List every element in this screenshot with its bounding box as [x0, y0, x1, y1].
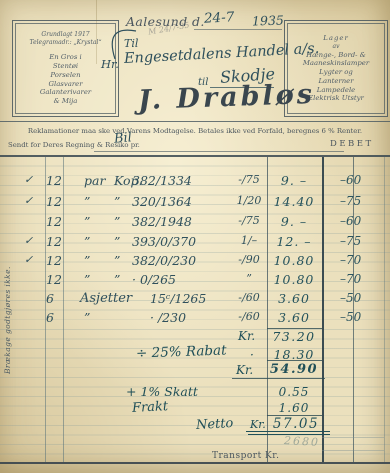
recipient-til: Til: [124, 37, 138, 50]
unit-price: ”: [233, 272, 265, 285]
right-code: –60: [340, 173, 361, 187]
right-box-line: Lager: [323, 34, 348, 43]
ditto-mark: ”: [114, 194, 120, 209]
right-box-line: Elektrisk Utstyr: [308, 94, 364, 103]
unit-price: -/90: [233, 253, 265, 266]
ditto-mark: ”: [84, 234, 90, 249]
currency-label: Kr.: [236, 363, 253, 377]
subtotal-amount: 73.20: [268, 329, 320, 344]
bottom-rule: [0, 462, 390, 464]
debet-label: DEBET: [330, 139, 374, 149]
amount-value: 9. –: [268, 214, 320, 229]
table-row: ✓12parKop.382/1334-/759. ––60: [0, 173, 390, 193]
ditto-mark: ”: [114, 253, 120, 268]
faint-scribble: 2680: [284, 434, 321, 449]
sum-line: [232, 378, 325, 379]
right-box-line: Maaneskinslamper: [303, 59, 369, 68]
ditto-mark: par: [84, 173, 105, 188]
table-row: ✓12””382/0/230-/9010.80–70: [0, 253, 390, 273]
left-box-line: Telegramadr.: „Krystal“: [30, 39, 102, 47]
left-box-line: Galanterivarer: [40, 88, 91, 97]
right-code: –50: [340, 291, 361, 305]
grid-line: [322, 437, 384, 438]
qty-value: 12: [46, 173, 62, 188]
right-code: –70: [340, 253, 361, 267]
amount-value: 3.60: [268, 291, 320, 306]
left-box-line: Porselen: [50, 71, 80, 80]
table-row: 12””382/1948-/759. ––60: [0, 214, 390, 234]
table-row: 6”· /230-/603.60–50: [0, 310, 390, 330]
table-row: ✓12””393/0/3701/–12. ––75: [0, 234, 390, 254]
freight-label: Frakt: [132, 399, 169, 416]
right-code: –60: [340, 214, 361, 228]
qty-value: 12: [46, 194, 62, 209]
unit-price: 1/20: [233, 194, 265, 207]
amount-value: 14.40: [268, 194, 320, 209]
tax-amount: 0.55: [268, 385, 320, 399]
pattern-number: 382/0/230: [132, 253, 196, 268]
right-code: –75: [340, 194, 361, 208]
ditto-mark: ”: [84, 214, 90, 229]
qty-value: 12: [46, 214, 62, 229]
pattern-number: · 0/265: [132, 272, 176, 287]
right-box-line: Lanterner: [318, 77, 353, 86]
left-box-line: Grundlagt 1917: [41, 31, 89, 39]
qty-value: 12: [46, 253, 62, 268]
pattern-number: 320/1364: [132, 194, 192, 209]
year-handwritten: 1935: [252, 12, 284, 28]
qty-value: 6: [46, 310, 54, 325]
check-mark: ✓: [24, 253, 33, 266]
date-handwritten: 24-7: [204, 9, 235, 27]
tax-label: + 1% Skatt: [126, 384, 198, 399]
ditto-mark: Asjetter: [80, 291, 132, 306]
qty-value: 12: [46, 234, 62, 249]
amount-value: 10.80: [268, 272, 320, 287]
unit-price: -/75: [233, 173, 265, 186]
left-box-line: Glasvarer: [48, 80, 82, 89]
date-underline: [194, 29, 282, 30]
netto-label: Netto: [196, 416, 234, 433]
check-mark: ✓: [24, 234, 33, 247]
qty-value: 6: [46, 291, 54, 306]
qty-value: 12: [46, 272, 62, 287]
discount-label: ÷ 25% Rabat: [136, 342, 227, 361]
table-row: ✓12””320/13641/2014.40–75: [0, 194, 390, 214]
sent-underline: [94, 151, 344, 152]
table-row: 6Asjetter15ᶜ/1265-/603.60–50: [0, 291, 390, 311]
transport-label: Transport Kr.: [212, 451, 279, 461]
ditto-mark: ”: [114, 234, 120, 249]
pattern-number: 382/1948: [132, 214, 192, 229]
check-mark: ✓: [24, 194, 33, 207]
header-rule: [0, 121, 390, 122]
sum-line: [267, 360, 322, 361]
ditto-mark: ”: [84, 194, 90, 209]
left-box-line: Stentøi: [53, 62, 78, 71]
ditto-mark: ·: [250, 348, 254, 362]
ditto-mark: ”: [84, 272, 90, 287]
currency-label: Kr.: [238, 329, 255, 343]
left-box-line: & Mija: [54, 97, 78, 106]
unit-price: -/60: [233, 310, 265, 323]
netto-amount: 57.05: [268, 416, 324, 432]
amount-value: 10.80: [268, 253, 320, 268]
sent-mode-handwritten: Bil: [113, 130, 132, 147]
terms-line: Reklamationer maa ske ved Varens Modtage…: [14, 127, 376, 135]
right-box-line: Lygter og: [319, 68, 353, 77]
right-code: –70: [340, 272, 361, 286]
freight-amount: 1.60: [268, 401, 320, 415]
right-box-line: Lampedele: [317, 86, 355, 95]
right-box-line: av: [333, 43, 340, 51]
right-code: –75: [340, 234, 361, 248]
amount-value: 3.60: [268, 310, 320, 325]
ditto-mark: ”: [84, 310, 90, 325]
check-mark: ✓: [24, 173, 33, 186]
amount-value: 9. –: [268, 173, 320, 188]
recipient-hr: Hr.: [101, 57, 119, 71]
unit-price: 1/–: [233, 234, 265, 247]
ditto-mark: ”: [84, 253, 90, 268]
right-code: –50: [340, 310, 361, 324]
pattern-number: · /230: [150, 310, 186, 325]
unit-price: -/75: [233, 214, 265, 227]
grid-line: [322, 450, 384, 451]
currency-label: Kr.: [250, 418, 266, 431]
pattern-number: 15ᶜ/1265: [150, 291, 206, 306]
after-discount-amount: 54.90: [268, 362, 320, 377]
invoice-sheet: Aalesund d. 24-7 1935 M 24/7-35 Grundlag…: [0, 0, 390, 473]
ditto-mark: ”: [114, 272, 120, 287]
table-row: 12””· 0/265”10.80–70: [0, 272, 390, 292]
left-box-line: En Gros i: [49, 53, 82, 62]
amount-value: 12. –: [268, 234, 320, 249]
ditto-mark: ”: [114, 214, 120, 229]
pattern-number: 382/1334: [132, 173, 192, 188]
pattern-number: 393/0/370: [132, 234, 196, 249]
firm-name: J. Drabløs: [138, 79, 316, 116]
netto-double-underline: [246, 431, 330, 432]
unit-price: -/60: [233, 291, 265, 304]
